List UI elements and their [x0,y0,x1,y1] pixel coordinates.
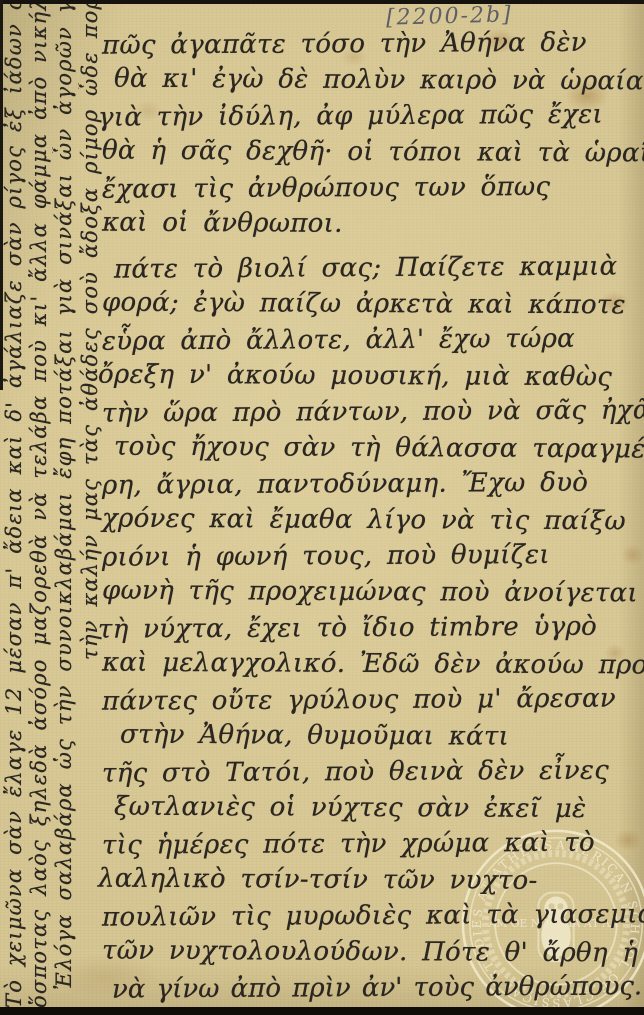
handwritten-line: τὴν ὥρα πρὸ πάντων, ποὺ νὰ σᾶς ἠχᾶ [102,392,642,431]
handwritten-line: πουλιῶν τὶς μυρωδιὲς καὶ τὰ γιασεμιὰ [102,896,642,935]
handwritten-line: τὶς ἡμέρες πότε τὴν χρώμα καὶ τὸ [102,824,642,863]
scan-edge-top [0,0,644,4]
handwritten-line: καὶ μελαγχολικό. Ἐδῶ δὲν ἀκούω προ- [102,645,642,684]
handwritten-line: ρη, ἄγρια, παντοδύναμη. Ἔχω δυὸ [102,464,642,503]
handwritten-line: πῶς ἀγαπᾶτε τόσο τὴν Ἀθήνα δὲν [102,24,642,63]
handwritten-line: εὗρα ἀπὸ ἄλλοτε, ἀλλ' ἔχω τώρα [102,320,642,359]
handwritten-line: λαληλικὸ τσίν-τσίν τῶν νυχτο- [98,861,642,900]
handwritten-line: τῆς στὸ Τατόι, ποὺ θεινὰ δὲν εἶνες [102,752,642,791]
handwritten-line: τὴ νύχτα, ἔχει τὸ ἴδιο timbre ὑγρὸ [98,608,642,647]
handwritten-line: νὰ γίνω ἀπὸ πρὶν ἀν' τοὺς ἀνθρώπους. Βαρ… [112,968,642,1007]
letter-page: AMERICAN SCHOOL OF CLASSICAL STUDIES AT … [0,0,644,1015]
handwritten-line: τοὺς ἤχους σὰν τὴ θάλασσα ταραγμένη [114,429,642,468]
handwritten-line: φορά; ἐγὼ παίζω ἀρκετὰ καὶ κάποτε [102,285,642,324]
handwritten-line: καὶ οἱ ἄνθρωποι. [102,205,642,244]
handwritten-line: πάντες οὔτε γρύλους ποὺ μ' ἄρεσαν [102,680,642,719]
handwritten-line: ξωτλανιὲς οἱ νύχτες σὰν ἐκεῖ μὲ [114,789,642,828]
handwritten-line: στὴν Ἀθήνα, θυμοῦμαι κάτι [120,717,642,756]
handwritten-line: ὄρεξη ν' ἀκούω μουσική, μιὰ καθὼς [98,357,642,396]
handwritten-line: θὰ κι' ἐγὼ δὲ πολὺν καιρὸ νὰ ὡραίαν [114,61,642,100]
scan-edge-left [0,0,3,390]
letter-body: πῶς ἀγαπᾶτε τόσο τὴν Ἀθήνα δὲνθὰ κι' ἐγὼ… [102,26,642,1006]
handwritten-line: φωνὴ τῆς προχειμώνας ποὺ ἀνοίγεται [102,573,642,612]
handwritten-line: τῶν νυχτολουλούδων. Πότε θ' ἄρθη ἡ ὥρα [102,933,642,972]
scan-edge-bottom [0,1007,644,1015]
handwritten-line: ἔχασι τὶς ἀνθρώπους των ὅπως [102,168,642,207]
margin-column: ὅσποτας λαὸς ξηλεδὰ ἀσόρο μαζορεθὰ νὰ τε… [27,0,54,1008]
handwritten-line: ριόνι ἡ φωνή τους, ποὺ θυμίζει [102,536,642,575]
handwritten-line: γιὰ τὴν ἰδύλη, ἀφ μύλερα πῶς ἔχει [98,96,642,135]
handwritten-line: πάτε τὸ βιολί σας; Παίζετε καμμιὰ [114,248,642,287]
margin-column: Ἐλόγα σαλαβάρα ὡς τὴν συνοικλαβάμαι ἔφη … [52,0,79,990]
handwritten-line: θὰ ἡ σᾶς δεχθῆ· οἱ τόποι καὶ τὰ ὡραῖα [102,133,642,172]
handwritten-line: χρόνες καὶ ἔμαθα λίγο νὰ τὶς παίξω [102,501,642,540]
margin-column: Τὸ χειμῶνα σὰν ἔλαγε 12 μέσαν π' ἄδεια κ… [2,0,29,1008]
margin-annotations: Τὸ χειμῶνα σὰν ἔλαγε 12 μέσαν π' ἄδεια κ… [0,0,112,1015]
